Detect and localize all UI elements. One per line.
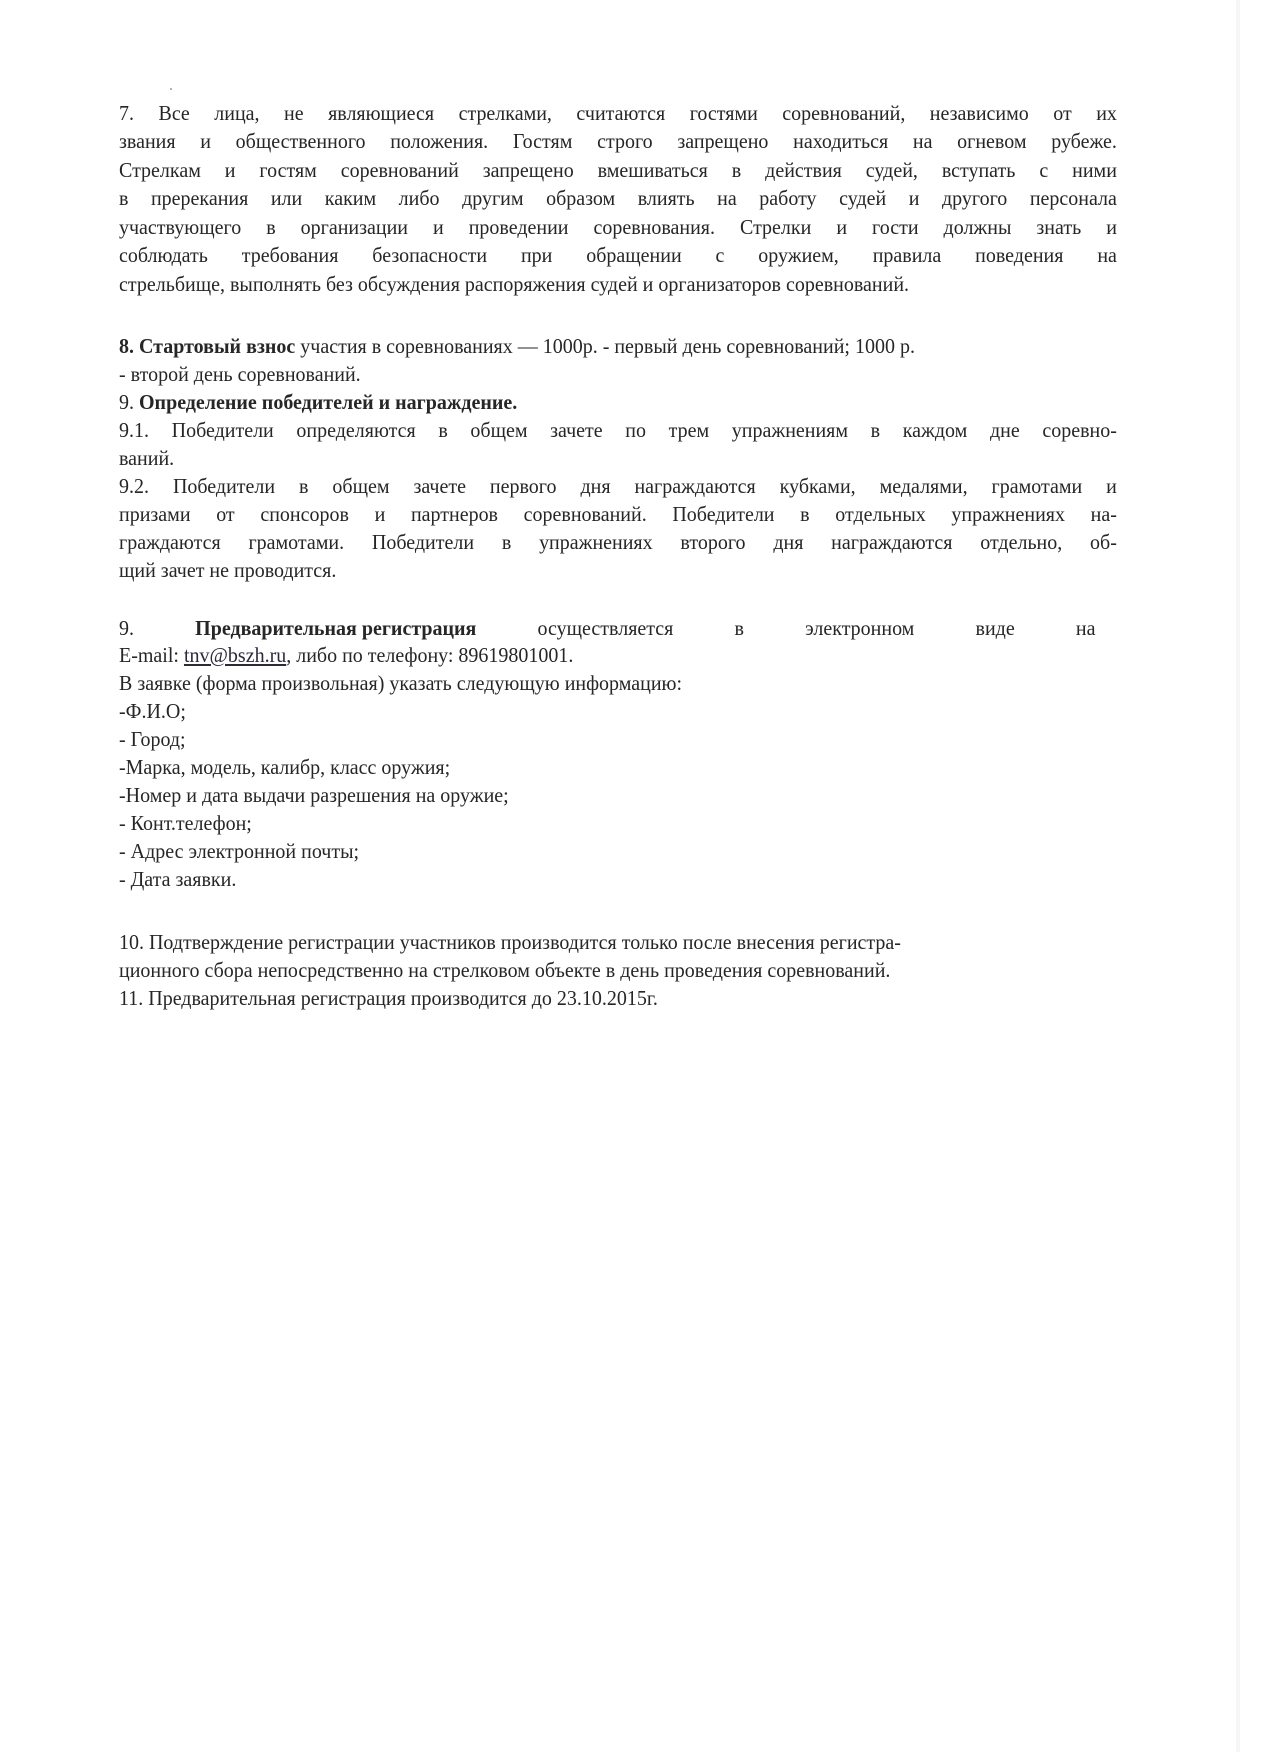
registration-word: осуществляется <box>538 615 674 641</box>
scan-edge-artifact <box>1236 0 1240 1752</box>
email-link[interactable]: tnv@bszh.ru <box>184 643 286 667</box>
section-7-line: в пререкания или каким либо другим образ… <box>119 185 1117 211</box>
section-7-line: стрельбище, выполнять без обсуждения рас… <box>119 271 1047 297</box>
registration-word: виде <box>976 615 1015 641</box>
list-item: -Номер и дата выдачи разрешения на оружи… <box>119 782 1047 808</box>
section-10-line: 10. Подтверждение регистрации участников… <box>119 929 1047 955</box>
section-10-line: ционного сбора непосредственно на стрелк… <box>119 957 1047 983</box>
registration-word: в <box>735 615 744 641</box>
email-label: E-mail: <box>119 643 184 667</box>
section-11: 11. Предварительная регистрация производ… <box>119 985 1047 1011</box>
registration-word: электронном <box>805 615 914 641</box>
registration-word: на <box>1076 615 1096 641</box>
registration-number: 9. <box>119 615 134 641</box>
paragraph-9-2-line: призами от спонсоров и партнеров соревно… <box>119 501 1117 527</box>
registration-heading: 9. Предварительная регистрация осуществл… <box>119 615 1096 641</box>
paragraph-9-1-line: 9.1. Победители определяются в общем зач… <box>119 417 1117 443</box>
paragraph-9-2-line: граждаются грамотами. Победители в упраж… <box>119 529 1117 555</box>
section-9-heading: 9. Определение победителей и награждение… <box>119 389 1047 415</box>
scan-speck <box>170 88 172 90</box>
scanned-page: 7. Все лица, не являющиеся стрелками, сч… <box>0 0 1264 1752</box>
section-8-title: 8. Стартовый взнос <box>119 334 295 358</box>
paragraph-9-2-line: щий зачет не проводится. <box>119 557 1047 583</box>
section-7-line: участвующего в организации и проведении … <box>119 214 1117 240</box>
list-item: - Город; <box>119 726 1047 752</box>
section-8-line-1: 8. Стартовый взнос участия в соревновани… <box>119 333 1047 359</box>
list-item: - Конт.телефон; <box>119 810 1047 836</box>
registration-intro: В заявке (форма произвольная) указать сл… <box>119 670 1047 696</box>
section-7-line: 7. Все лица, не являющиеся стрелками, сч… <box>119 100 1117 126</box>
section-9-title: Определение победителей и награждение. <box>139 390 517 414</box>
section-7-line: Стрелкам и гостям соревнований запрещено… <box>119 157 1117 183</box>
list-item: - Адрес электронной почты; <box>119 838 1047 864</box>
registration-title: Предварительная регистрация <box>195 615 476 641</box>
list-item: - Дата заявки. <box>119 866 1047 892</box>
paragraph-9-2-line: 9.2. Победители в общем зачете первого д… <box>119 473 1117 499</box>
section-7-line: звания и общественного положения. Гостям… <box>119 128 1117 154</box>
section-9-number: 9. <box>119 390 139 414</box>
section-7-line: соблюдать требования безопасности при об… <box>119 242 1117 268</box>
list-item: -Ф.И.О; <box>119 698 1047 724</box>
section-8-text: участия в соревнованиях — 1000р. - первы… <box>295 334 915 358</box>
paragraph-9-1-line: ваний. <box>119 445 1047 471</box>
registration-contact-line: E-mail: tnv@bszh.ru, либо по телефону: 8… <box>119 642 1047 668</box>
list-item: -Марка, модель, калибр, класс оружия; <box>119 754 1047 780</box>
section-8-line-2: - второй день соревнований. <box>119 361 1047 387</box>
phone-text: , либо по телефону: 89619801001. <box>286 643 573 667</box>
